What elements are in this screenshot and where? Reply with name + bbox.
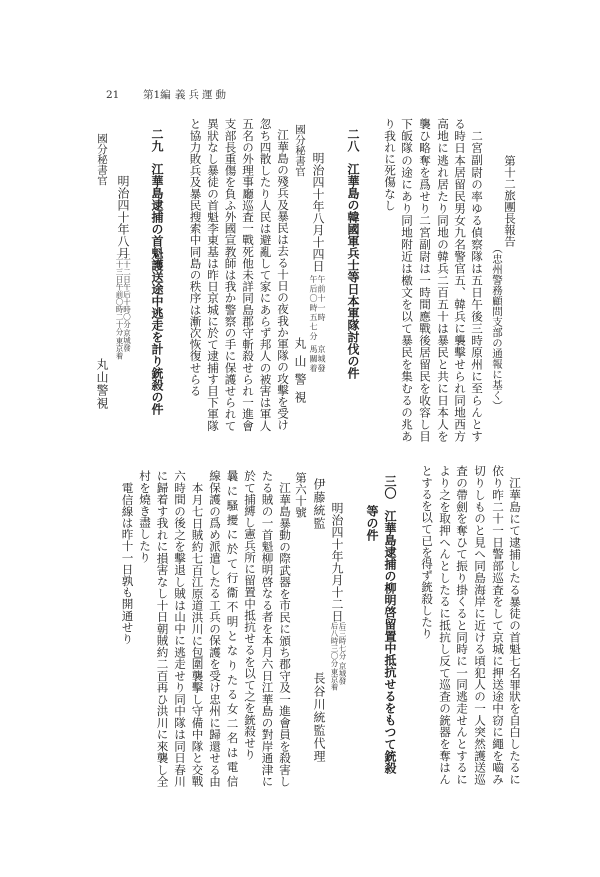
telegram-number: 第六十號 <box>294 472 308 518</box>
report-line: 襲ひ略奪を爲せり二宮副尉は一時間應戰後居留民を收容し目 <box>418 118 432 442</box>
doc-date: 明治四十年八月十四日 <box>311 152 325 272</box>
sender: 丸山警視 <box>293 337 307 409</box>
doc-date: 明治四十年九月十二日 <box>330 502 344 622</box>
body-line: に歸着す我れに損害なし十日朝賊約二百再ひ洪川に來襲し全 <box>156 470 170 787</box>
body-line: より之を取押へんとしたるに抵抗し反て巡査の銃器を奪はん <box>438 465 452 785</box>
body-line: 江華島暴動の際武器を市民に頒ち郡守及一進會員を殺害し <box>278 482 292 787</box>
body-line: 忽ち四散したり人民は避亂して家にあらず邦人の被害は軍人 <box>259 118 273 431</box>
recipient: 國分秘書官 <box>95 133 109 186</box>
received-place: 東京着 <box>330 668 338 691</box>
received-time: 午后〇時五七分 <box>309 275 317 342</box>
doc-title: 江華島逮捕の柳明啓留置中抵抗せるをもつて銃殺 <box>383 510 397 774</box>
body-line: 於て捕縛し憲兵所に留置中抵抗せるを以て之を銃殺せり <box>243 470 257 760</box>
body-line: たる賊の一首魁柳明啓なる者を本月六日江華島の對岸通津に <box>261 470 275 787</box>
report-line: る時日本居留民男女九名警官五、韓兵に襲擊せられ同地西方 <box>453 118 467 442</box>
received-place: 東京着 <box>115 337 123 360</box>
report-title: 第十二旅團長報告 <box>503 155 517 247</box>
recipient: 國分秘書官 <box>293 124 307 177</box>
doc-number: 二九 <box>150 128 164 152</box>
doc-title: 江華島逮捕の首魁護送途中逃走を計り銃殺の件 <box>150 163 164 415</box>
part-label: 第1編 <box>143 89 171 101</box>
body-line: 六時間の後之を擊退し賊は山中に逃走せり同中隊は同日春川 <box>173 470 187 787</box>
report-line: 二宮副尉の率ゆる偵察隊は五日午後三時原州に至らんとす <box>470 130 484 442</box>
report-line: り我れに死傷なし <box>383 118 397 211</box>
report-line: 高地に逃れ居たり同地の韓兵二百五十は暴民と共に日本人を <box>436 118 450 442</box>
body-line: 切りしものと見へ同島海岸に近ける頃犯人の一人突然護送巡 <box>473 465 487 785</box>
document-page: 21 第1編 義兵運動 第十二旅團長報告 （忠州警務顧問支部の通報に基く） 二宮… <box>0 0 600 877</box>
body-line: 支部長重傷を負ふ外國宣教師は我か警察の手に保護せられて <box>224 118 238 431</box>
sender: 丸山警視 <box>95 358 109 410</box>
doc-number: 三〇 <box>383 475 397 499</box>
body-line: 査の帶劍を奪ひて振り掛くると同時に一同逃走せんとするに <box>455 465 469 785</box>
report-source-note: （忠州警務顧問支部の通報に基く） <box>490 243 504 411</box>
body-line: 依り昨二十一日警部巡査をして京城に押送途中窃に繩を嚙み <box>491 465 505 785</box>
doc-title-continuation: 等の件 <box>365 505 379 541</box>
body-line: 五名の外理事廳巡査一戰死他未詳同島郡守斬殺せられ一進會 <box>241 118 255 431</box>
sent-time: 午前十一時 <box>317 275 325 323</box>
page-number: 21 <box>106 89 119 101</box>
body-line: とするを以て已を得ず銃殺したり <box>420 465 434 639</box>
body-line: 江華島にて逮捕したる暴徒の首魁七名罪狀を自白したるに <box>508 477 522 785</box>
body-line: 本月七日賊約七百江原道洪川に包圍襲擊し守備中隊と交戰 <box>191 482 205 787</box>
sent-time: 后三時七分 <box>338 622 346 660</box>
body-line: と協力敗兵及暴民搜索中同島の秩序は漸次恢復せらる <box>189 118 203 396</box>
body-line: 村を燒き盡したり <box>138 470 152 563</box>
sent-place: 京城發 <box>317 345 325 374</box>
doc-number: 二八 <box>346 128 360 152</box>
body-line: 線保護の爲め派遣したる工兵の保護を受け忠州に歸還せる由 <box>208 470 222 787</box>
doc-date: 明治四十年八月 <box>116 175 130 259</box>
report-line: 下皈隊の途にあり同地附近は檄文を以て暴民を集むるの兆あ <box>400 118 414 442</box>
received-time: 后八時三〇分 <box>330 622 338 667</box>
recipient: 伊藤統監 <box>312 478 326 530</box>
doc-title: 江華島の韓國軍兵士等日本軍隊討伐の件 <box>346 163 360 379</box>
received-place: 馬關着 <box>309 345 317 374</box>
part-title: 義兵運動 <box>175 89 229 101</box>
body-line: 電信線は昨十一日孰も開通せり <box>121 482 135 644</box>
sender: 長谷川統監代理 <box>312 672 326 763</box>
body-line: 曩に騷擾に於て行衞不明となりたる女二名は電信 <box>226 470 240 787</box>
received-time: 二十三日午前〇時二十分 <box>115 253 123 336</box>
body-line: 江華島の殘兵及暴民は去る十日の夜我か軍隊の攻擊を受け <box>276 129 290 430</box>
sent-place: 京城發 <box>338 662 346 685</box>
body-line: 異狀なし暴徒の首魁李東基は昨日京城に於て逮捕す目下軍隊 <box>206 118 220 431</box>
